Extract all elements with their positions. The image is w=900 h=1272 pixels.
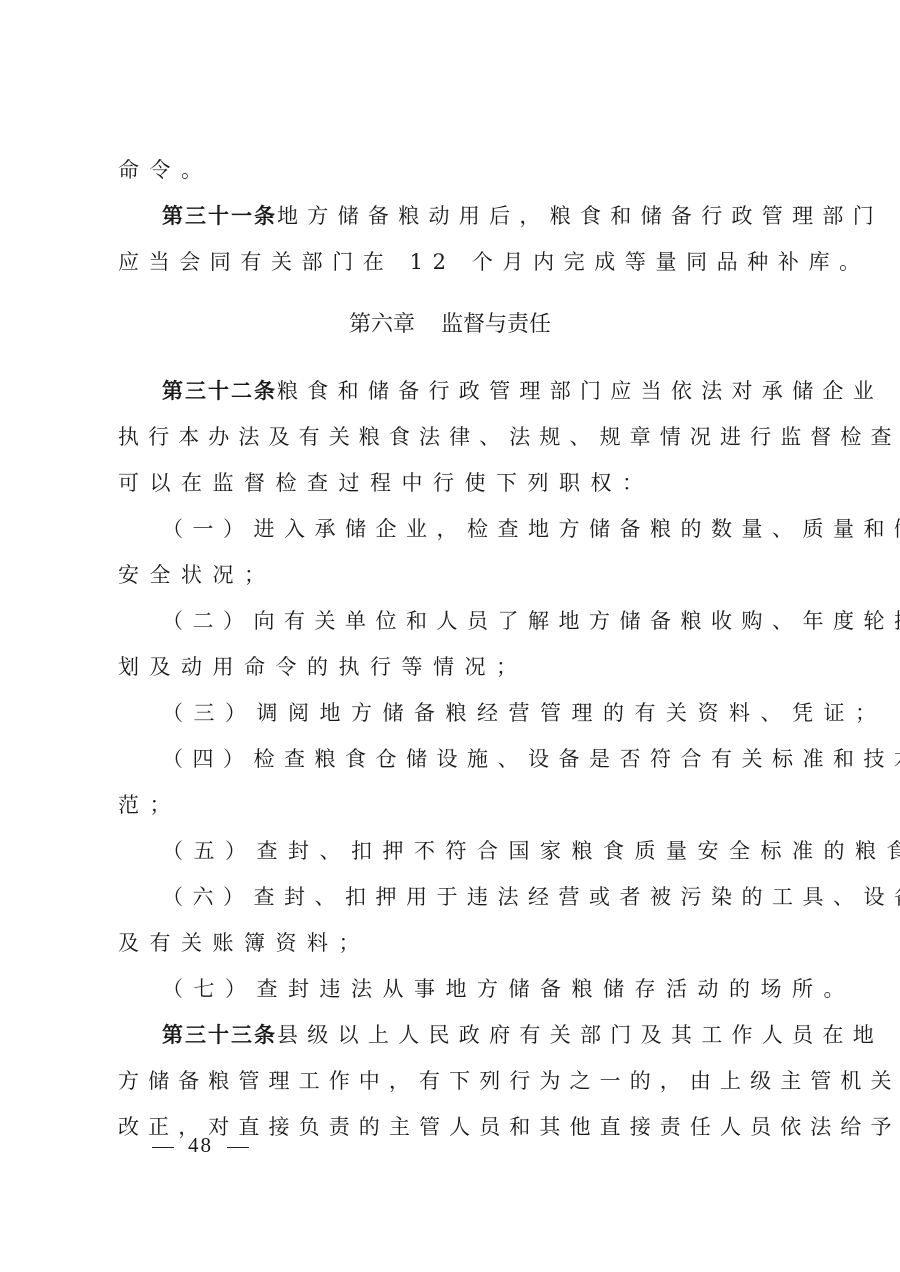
dash-right bbox=[227, 1147, 249, 1148]
paragraph-text: 执行本办法及有关粮食法律、法规、规章情况进行监督检查，并 bbox=[118, 421, 900, 453]
list-item-1-line-1: （一）进入承储企业，检查地方储备粮的数量、质量和储存 bbox=[118, 513, 782, 545]
paragraph-text: 方储备粮管理工作中，有下列行为之一的，由上级主管机关责令 bbox=[118, 1065, 900, 1097]
list-item-text: （三）调阅地方储备粮经营管理的有关资料、凭证； bbox=[162, 697, 887, 729]
article-32-line-1: 第三十二条 粮食和储备行政管理部门应当依法对承储企业 bbox=[118, 375, 782, 407]
page-number: 48 bbox=[188, 1133, 213, 1157]
list-item-text: 范； bbox=[118, 789, 181, 821]
chapter-title: 监督与责任 bbox=[441, 312, 551, 337]
list-item-text: 划及动用命令的执行等情况； bbox=[118, 651, 528, 683]
article-33-line-1: 第三十三条 县级以上人民政府有关部门及其工作人员在地 bbox=[118, 1019, 782, 1051]
list-item-text: （一）进入承储企业，检查地方储备粮的数量、质量和储存 bbox=[162, 513, 900, 545]
article-31-line-1: 第三十一条 地方储备粮动用后，粮食和储备行政管理部门 bbox=[118, 200, 782, 232]
article-32-line-3: 可以在监督检查过程中行使下列职权： bbox=[118, 467, 782, 499]
list-item-2-line-2: 划及动用命令的执行等情况； bbox=[118, 651, 782, 683]
list-item-text: （二）向有关单位和人员了解地方储备粮收购、年度轮换计 bbox=[162, 605, 900, 637]
list-item-6-line-1: （六）查封、扣押用于违法经营或者被污染的工具、设备以 bbox=[118, 881, 782, 913]
list-item-text: （五）查封、扣押不符合国家粮食质量安全标准的粮食； bbox=[162, 835, 900, 867]
list-item-2-line-1: （二）向有关单位和人员了解地方储备粮收购、年度轮换计 bbox=[118, 605, 782, 637]
paragraph-text: 粮食和储备行政管理部门应当依法对承储企业 bbox=[277, 375, 883, 407]
article-33-line-2: 方储备粮管理工作中，有下列行为之一的，由上级主管机关责令 bbox=[118, 1065, 782, 1097]
dash-left bbox=[152, 1147, 174, 1148]
article-label: 第三十三条 bbox=[162, 1019, 277, 1051]
paragraph-text: 可以在监督检查过程中行使下列职权： bbox=[118, 467, 654, 499]
list-item-5: （五）查封、扣押不符合国家粮食质量安全标准的粮食； bbox=[118, 835, 782, 867]
list-item-3: （三）调阅地方储备粮经营管理的有关资料、凭证； bbox=[118, 697, 782, 729]
list-item-4-line-2: 范； bbox=[118, 789, 782, 821]
page-footer: 48 bbox=[138, 1131, 263, 1159]
chapter-heading: 第六章监督与责任 bbox=[118, 309, 782, 341]
paragraph-text: 应当会同有关部门在 12 个月内完成等量同品种补库。 bbox=[118, 246, 870, 278]
list-item-6-line-2: 及有关账簿资料； bbox=[118, 927, 782, 959]
list-item-7: （七）查封违法从事地方储备粮储存活动的场所。 bbox=[118, 973, 782, 1005]
text-line-continuation: 命令。 bbox=[118, 154, 782, 186]
list-item-text: （七）查封违法从事地方储备粮储存活动的场所。 bbox=[162, 973, 855, 1005]
list-item-4-line-1: （四）检查粮食仓储设施、设备是否符合有关标准和技术规 bbox=[118, 743, 782, 775]
paragraph-text: 县级以上人民政府有关部门及其工作人员在地 bbox=[277, 1019, 883, 1051]
list-item-text: （六）查封、扣押用于违法经营或者被污染的工具、设备以 bbox=[162, 881, 900, 913]
chapter-number: 第六章 bbox=[349, 312, 415, 337]
article-label: 第三十二条 bbox=[162, 375, 277, 407]
article-31-line-2: 应当会同有关部门在 12 个月内完成等量同品种补库。 bbox=[118, 246, 782, 278]
article-32-line-2: 执行本办法及有关粮食法律、法规、规章情况进行监督检查，并 bbox=[118, 421, 782, 453]
list-item-1-line-2: 安全状况； bbox=[118, 559, 782, 591]
article-label: 第三十一条 bbox=[162, 200, 277, 232]
paragraph-text: 地方储备粮动用后，粮食和储备行政管理部门 bbox=[277, 200, 883, 232]
list-item-text: 及有关账簿资料； bbox=[118, 927, 370, 959]
list-item-text: （四）检查粮食仓储设施、设备是否符合有关标准和技术规 bbox=[162, 743, 900, 775]
list-item-text: 安全状况； bbox=[118, 559, 276, 591]
paragraph-text: 命令。 bbox=[118, 154, 213, 186]
